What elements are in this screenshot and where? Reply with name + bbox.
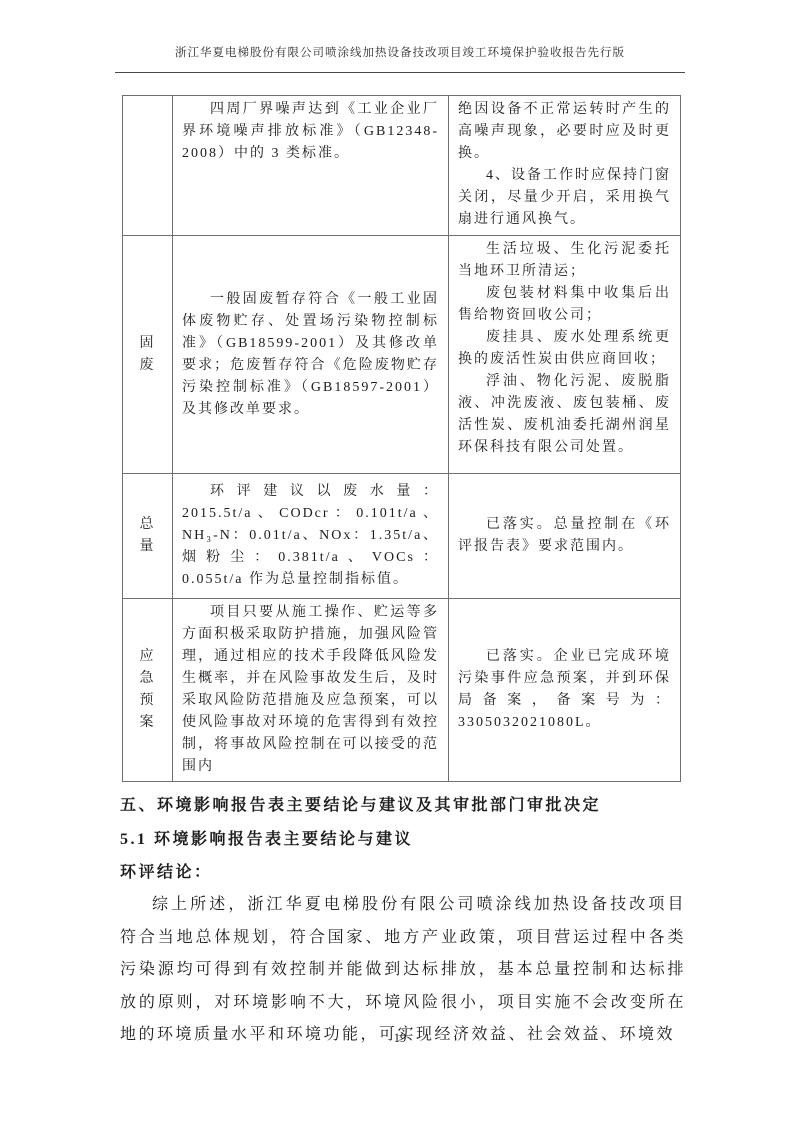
cell-paragraph: 绝因设备不正常运转时产生的高噪声现象，必要时应及时更换。 bbox=[458, 99, 671, 165]
table-row-total-amount: 总量 环评建议以废水量：2015.5t/a、CODcr：0.101t/a、NH₃… bbox=[123, 474, 681, 599]
conclusion-section: 五、环境影响报告表主要结论与建议及其审批部门审批决定 5.1 环境影响报告表主要… bbox=[120, 795, 686, 1052]
row-category-cell: 总量 bbox=[123, 474, 173, 599]
table-row-emergency-plan: 应急预案 项目只要从施工操作、贮运等多方面积极采取防护措施，加强风险管理，通过相… bbox=[123, 599, 681, 782]
running-header: 浙江华夏电梯股份有限公司喷涂线加热设备技改项目竣工环境保护验收报告先行版 bbox=[115, 46, 685, 73]
cell-paragraph: 环评建议以废水量：2015.5t/a、CODcr：0.101t/a、NH₃-N：… bbox=[182, 481, 439, 591]
implementation-cell: 绝因设备不正常运转时产生的高噪声现象，必要时应及时更换。 4、设备工作时应保持门… bbox=[449, 96, 681, 236]
cell-paragraph: 生活垃圾、生化污泥委托当地环卫所清运； bbox=[458, 239, 671, 283]
conclusion-paragraph: 综上所述，浙江华夏电梯股份有限公司喷涂线加热设备技改项目符合当地总体规划，符合国… bbox=[120, 889, 686, 1052]
cell-paragraph: 四周厂界噪声达到《工业企业厂界环境噪声排放标准》（GB12348-2008）中的… bbox=[182, 99, 439, 165]
eia-conclusion-label: 环评结论： bbox=[120, 862, 686, 884]
cell-paragraph: 4、设备工作时应保持门窗关闭，尽量少开启，采用换气扇进行通风换气。 bbox=[458, 165, 671, 231]
epa-measures-table: 四周厂界噪声达到《工业企业厂界环境噪声排放标准》（GB12348-2008）中的… bbox=[122, 95, 681, 782]
row-category-cell: 固废 bbox=[123, 236, 173, 474]
requirement-cell: 一般固废暂存符合《一般工业固体废物贮存、处置场污染物控制标准》（GB18599-… bbox=[173, 236, 449, 474]
row-category-cell bbox=[123, 96, 173, 236]
cell-paragraph: 一般固废暂存符合《一般工业固体废物贮存、处置场污染物控制标准》（GB18599-… bbox=[182, 289, 439, 421]
cell-paragraph: 项目只要从施工操作、贮运等多方面积极采取防护措施，加强风险管理，通过相应的技术手… bbox=[182, 602, 439, 778]
section-heading-5-1: 5.1 环境影响报告表主要结论与建议 bbox=[120, 829, 686, 851]
requirement-cell: 项目只要从施工操作、贮运等多方面积极采取防护措施，加强风险管理，通过相应的技术手… bbox=[173, 599, 449, 782]
table-row-solid-waste: 固废 一般固废暂存符合《一般工业固体废物贮存、处置场污染物控制标准》（GB185… bbox=[123, 236, 681, 474]
requirement-cell: 四周厂界噪声达到《工业企业厂界环境噪声排放标准》（GB12348-2008）中的… bbox=[173, 96, 449, 236]
cell-paragraph: 废挂具、废水处理系统更换的废活性炭由供应商回收； bbox=[458, 327, 671, 371]
cell-paragraph: 废包装材料集中收集后出售给物资回收公司； bbox=[458, 283, 671, 327]
table-row-noise: 四周厂界噪声达到《工业企业厂界环境噪声排放标准》（GB12348-2008）中的… bbox=[123, 96, 681, 236]
cell-paragraph: 已落实。总量控制在《环评报告表》要求范围内。 bbox=[458, 514, 671, 558]
implementation-cell: 已落实。总量控制在《环评报告表》要求范围内。 bbox=[449, 474, 681, 599]
section-heading-5: 五、环境影响报告表主要结论与建议及其审批部门审批决定 bbox=[120, 795, 686, 817]
implementation-cell: 已落实。企业已完成环境污染事件应急预案，并到环保局备案，备案号为：3305032… bbox=[449, 599, 681, 782]
document-page: 浙江华夏电梯股份有限公司喷涂线加热设备技改项目竣工环境保护验收报告先行版 四周厂… bbox=[0, 0, 800, 1132]
requirement-cell: 环评建议以废水量：2015.5t/a、CODcr：0.101t/a、NH₃-N：… bbox=[173, 474, 449, 599]
row-category-cell: 应急预案 bbox=[123, 599, 173, 782]
page-number: 19 bbox=[0, 1031, 800, 1046]
cell-paragraph: 已落实。企业已完成环境污染事件应急预案，并到环保局备案，备案号为：3305032… bbox=[458, 646, 671, 734]
cell-paragraph: 浮油、物化污泥、废脱脂液、冲洗废液、废包装桶、废活性炭、废机油委托湖州润星环保科… bbox=[458, 371, 671, 459]
implementation-cell: 生活垃圾、生化污泥委托当地环卫所清运； 废包装材料集中收集后出售给物资回收公司；… bbox=[449, 236, 681, 474]
